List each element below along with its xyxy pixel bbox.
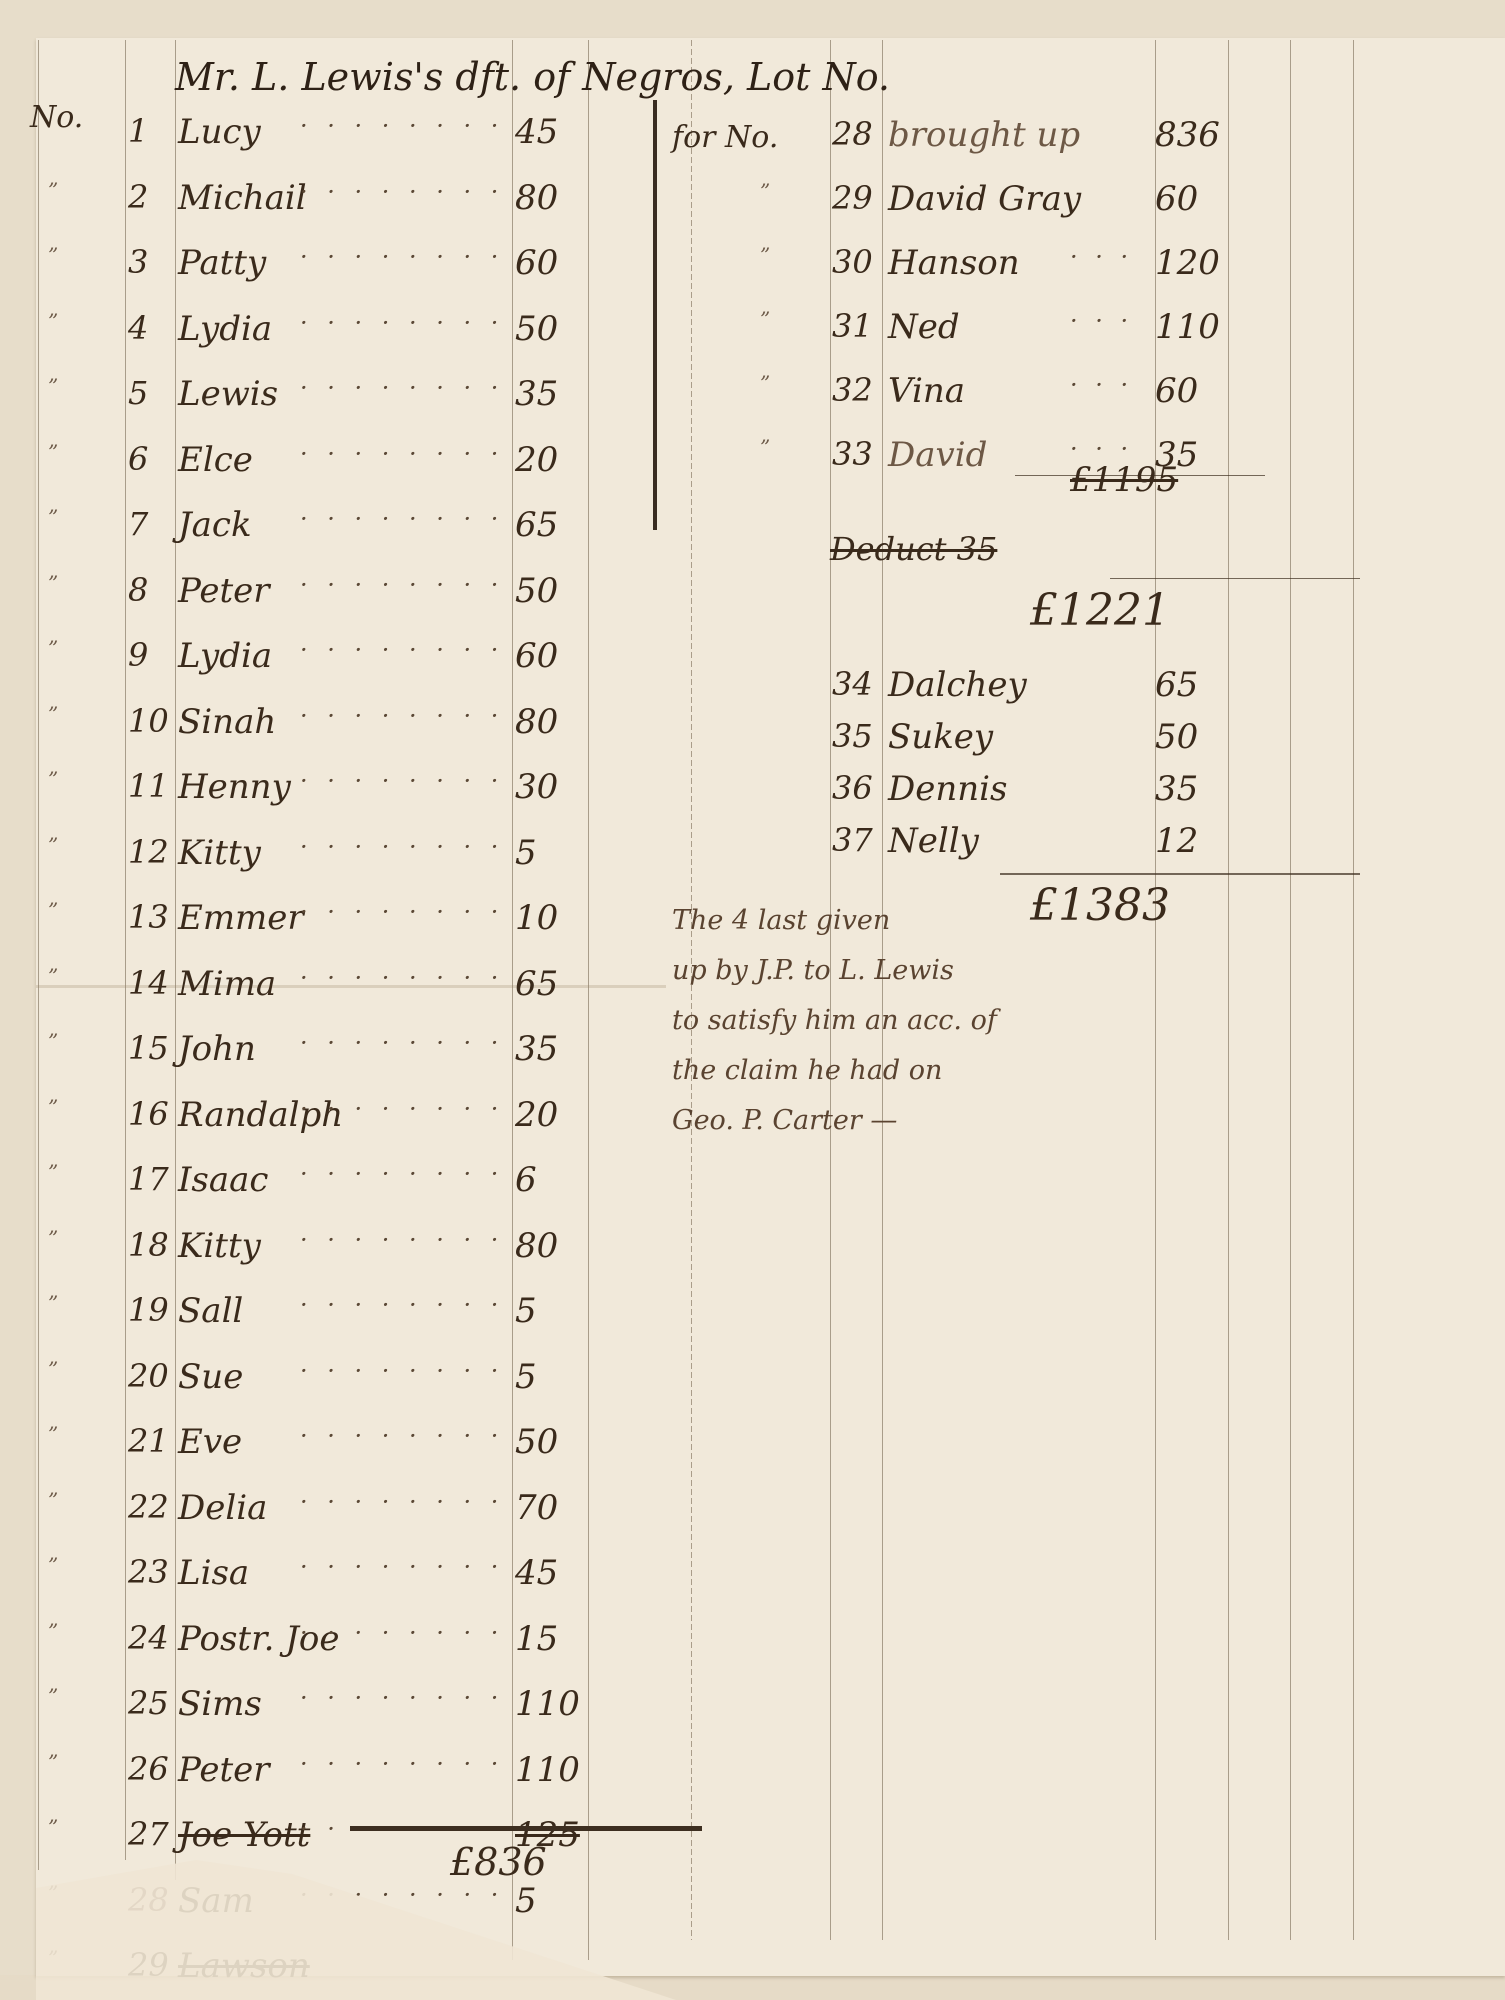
entry-amount: 5 (515, 1291, 537, 1331)
entry-amount: 110 (1155, 307, 1220, 347)
ditto-mark: ” (48, 1553, 58, 1577)
ditto-mark: ” (760, 179, 770, 203)
leader-dots: · · · (1070, 435, 1150, 463)
ledger-row: ”30Hanson· · ·120 (0, 243, 1400, 293)
leader-dots: · · · · · · · · · · (300, 1553, 510, 1581)
entry-number: 18 (128, 1226, 178, 1264)
entry-amount: 5 (515, 1357, 537, 1397)
struck-deduct-line: Deduct 35 (830, 530, 997, 568)
entry-number: 37 (832, 821, 873, 859)
entry-name: Mima (178, 964, 276, 1004)
entry-number: 36 (832, 769, 873, 807)
ledger-row: ”7Jack· · · · · · · · · ·65 (0, 505, 600, 555)
leader-dots: · · · · · · · · · · (300, 1619, 510, 1647)
ditto-mark: ” (760, 243, 770, 267)
leader-dots: · · · · · · · · · · (300, 1095, 510, 1123)
entry-number: 20 (128, 1357, 178, 1395)
entry-number: 13 (128, 898, 178, 936)
leader-dots: · · · · · · · · · · (300, 1029, 510, 1057)
ledger-row: ”18Kitty· · · · · · · · · ·80 (0, 1226, 600, 1276)
entry-number: 21 (128, 1422, 178, 1460)
entry-amount: 12 (1155, 821, 1198, 861)
entry-name: Emmer (178, 898, 304, 938)
ditto-mark: ” (48, 1750, 58, 1774)
ditto-mark: ” (48, 1684, 58, 1708)
entry-number: 31 (832, 307, 873, 345)
ledger-row: 28brought up836 (0, 115, 1400, 165)
leader-dots: · · · · · · · · · · (300, 1750, 510, 1778)
grand-total-rule (1000, 873, 1360, 875)
ledger-row: 36Dennis35 (0, 769, 1400, 819)
note-line: the claim he had on (672, 1055, 942, 1086)
leader-dots: · · · · · · · · · · (300, 898, 510, 926)
entry-name: Jack (178, 505, 252, 545)
entry-amount: 35 (1155, 769, 1198, 809)
ditto-mark: ” (48, 1488, 58, 1512)
ditto-mark: ” (48, 1422, 58, 1446)
ditto-mark: ” (48, 1095, 58, 1119)
entry-number: 15 (128, 1029, 178, 1067)
entry-number: 7 (128, 505, 178, 543)
entry-name: Delia (178, 1488, 267, 1528)
entry-number: 16 (128, 1095, 178, 1133)
entry-name: Dennis (888, 769, 1008, 809)
entry-name: Ned (888, 307, 960, 347)
entry-name: Isaac (178, 1160, 268, 1200)
ledger-row: ”16Randalph· · · · · · · · · ·20 (0, 1095, 600, 1145)
entry-amount: 70 (515, 1488, 558, 1528)
ledger-row: ”29David Gray60 (0, 179, 1400, 229)
entry-number: 30 (832, 243, 873, 281)
note-line: The 4 last given (672, 905, 890, 936)
entry-number: 29 (832, 179, 873, 217)
entry-amount: 110 (515, 1684, 580, 1724)
entry-name: John (178, 1029, 256, 1069)
entry-name: Sue (178, 1357, 243, 1397)
leader-dots: · · · · · · · · · · (300, 1160, 510, 1188)
ledger-row: ”31Ned· · ·110 (0, 307, 1400, 357)
entry-amount: 50 (1155, 717, 1198, 757)
entry-number: 35 (832, 717, 873, 755)
entry-amount: 60 (1155, 371, 1198, 411)
leader-dots: · · · · · · · · · · (300, 1488, 510, 1516)
entry-number: 33 (832, 435, 873, 473)
ditto-mark: ” (760, 435, 770, 459)
entry-amount: 65 (515, 964, 558, 1004)
ditto-mark: ” (48, 1226, 58, 1250)
ditto-mark: ” (48, 1291, 58, 1315)
entry-name: Peter (178, 571, 270, 611)
entry-amount: 50 (515, 571, 558, 611)
ledger-row: ”14Mima· · · · · · · · · ·65 (0, 964, 600, 1014)
entry-name: David (888, 435, 987, 475)
entry-name: Kitty (178, 1226, 261, 1266)
entry-number: 28 (832, 115, 873, 153)
entry-name: Lisa (178, 1553, 249, 1593)
entry-number: 25 (128, 1684, 178, 1722)
leader-dots: · · · (1070, 307, 1150, 335)
entry-number: 19 (128, 1291, 178, 1329)
entry-number: 27 (128, 1815, 178, 1853)
entry-name: Sukey (888, 717, 993, 757)
entry-amount: 836 (1155, 115, 1220, 155)
leader-dots: · · · · · · · · · · (300, 1226, 510, 1254)
leader-dots: · · · · · · · · · · (300, 505, 510, 533)
entry-amount: 5 (515, 1881, 537, 1921)
ledger-row: ”8Peter· · · · · · · · · ·50 (0, 571, 600, 621)
entry-amount: 60 (1155, 179, 1198, 219)
entry-name: Sall (178, 1291, 243, 1331)
grand-total: £1383 (1030, 880, 1170, 931)
ledger-row: 37Nelly12 (0, 821, 1400, 871)
entry-amount: 6 (515, 1160, 537, 1200)
entry-amount: 120 (1155, 243, 1220, 283)
entry-name: Sims (178, 1684, 262, 1724)
entry-name: Nelly (888, 821, 979, 861)
ditto-mark: ” (48, 1029, 58, 1053)
entry-number: 8 (128, 571, 178, 609)
entry-name: Hanson (888, 243, 1020, 283)
note-line: to satisfy him an acc. of (672, 1005, 997, 1036)
ledger-row: ”22Delia· · · · · · · · · ·70 (0, 1488, 600, 1538)
entry-number: 22 (128, 1488, 178, 1526)
leader-dots: · · · · · · · · · · (300, 1684, 510, 1712)
entry-amount: 65 (515, 505, 558, 545)
leader-dots: · · · · · · · · · · (300, 1357, 510, 1385)
leader-dots: · · · · · · · · · · (300, 571, 510, 599)
leader-dots: · · · (1070, 371, 1150, 399)
ledger-row: ”19Sall· · · · · · · · · ·5 (0, 1291, 600, 1341)
ledger-row: 34Dalchey65 (0, 665, 1400, 715)
entry-number: 23 (128, 1553, 178, 1591)
entry-number: 24 (128, 1619, 178, 1657)
ledger-row: ”21Eve· · · · · · · · · ·50 (0, 1422, 600, 1472)
note-line: Geo. P. Carter — (672, 1105, 897, 1136)
note-line: up by J.P. to L. Lewis (672, 955, 954, 986)
entry-number: 32 (832, 371, 873, 409)
ledger-row: ”32Vina· · ·60 (0, 371, 1400, 421)
ditto-mark: ” (48, 636, 58, 660)
ledger-row: ”24Postr. Joe· · · · · · · · · ·15 (0, 1619, 600, 1669)
entry-name: David Gray (888, 179, 1081, 219)
entry-name: Eve (178, 1422, 242, 1462)
ditto-mark: ” (48, 1815, 58, 1839)
ditto-mark: ” (48, 1160, 58, 1184)
entry-name: Joe Yott (178, 1815, 310, 1855)
struck-subtotal: £1195 (1070, 460, 1178, 500)
entry-number: 26 (128, 1750, 178, 1788)
entry-name: Vina (888, 371, 965, 411)
ledger-row: ”20Sue· · · · · · · · · ·5 (0, 1357, 600, 1407)
entry-amount: 80 (515, 1226, 558, 1266)
entry-amount: 20 (515, 1095, 558, 1135)
entry-amount: 45 (515, 1553, 558, 1593)
ditto-mark: ” (760, 307, 770, 331)
entry-number: 34 (832, 665, 873, 703)
ditto-mark: ” (48, 1357, 58, 1381)
entry-amount: 10 (515, 898, 558, 938)
leader-dots: · · · · · · · · · · (300, 1291, 510, 1319)
ledger-row: ”33David· · ·35 (0, 435, 1400, 485)
entry-name: Dalchey (888, 665, 1027, 705)
entry-name: brought up (888, 115, 1080, 155)
leader-dots: · · · · · · · · · · (300, 964, 510, 992)
ditto-mark: ” (48, 571, 58, 595)
ledger-row: ”13Emmer· · · · · · · · · ·10 (0, 898, 600, 948)
page-title: Mr. L. Lewis's dft. of Negros, Lot No. (175, 55, 890, 99)
left-total: £836 (450, 1840, 547, 1884)
ditto-mark: ” (48, 964, 58, 988)
subtotal-rule-2 (1110, 578, 1360, 579)
ledger-row: 35Sukey50 (0, 717, 1400, 767)
entry-amount: 50 (515, 1422, 558, 1462)
leader-dots: · · · (1070, 243, 1150, 271)
subtotal: £1221 (1030, 585, 1170, 636)
ditto-mark: ” (48, 898, 58, 922)
ditto-mark: ” (48, 505, 58, 529)
entry-name: Peter (178, 1750, 270, 1790)
entry-amount: 15 (515, 1619, 558, 1659)
ledger-row: ”15John· · · · · · · · · ·35 (0, 1029, 600, 1079)
leader-dots: · · · · · · · · · · (300, 1422, 510, 1450)
ledger-row: ”23Lisa· · · · · · · · · ·45 (0, 1553, 600, 1603)
ledger-row: ”17Isaac· · · · · · · · · ·6 (0, 1160, 600, 1210)
ditto-mark: ” (48, 1619, 58, 1643)
entry-amount: 35 (515, 1029, 558, 1069)
entry-number: 17 (128, 1160, 178, 1198)
entry-amount: 65 (1155, 665, 1198, 705)
leader-dots: · · · · · · · · · · (300, 636, 510, 664)
entry-number: 14 (128, 964, 178, 1002)
ledger-row: ”25Sims· · · · · · · · · ·110 (0, 1684, 600, 1734)
total-rule (350, 1826, 702, 1831)
ditto-mark: ” (760, 371, 770, 395)
ledger-row: ”26Peter· · · · · · · · · ·110 (0, 1750, 600, 1800)
entry-amount: 110 (515, 1750, 580, 1790)
